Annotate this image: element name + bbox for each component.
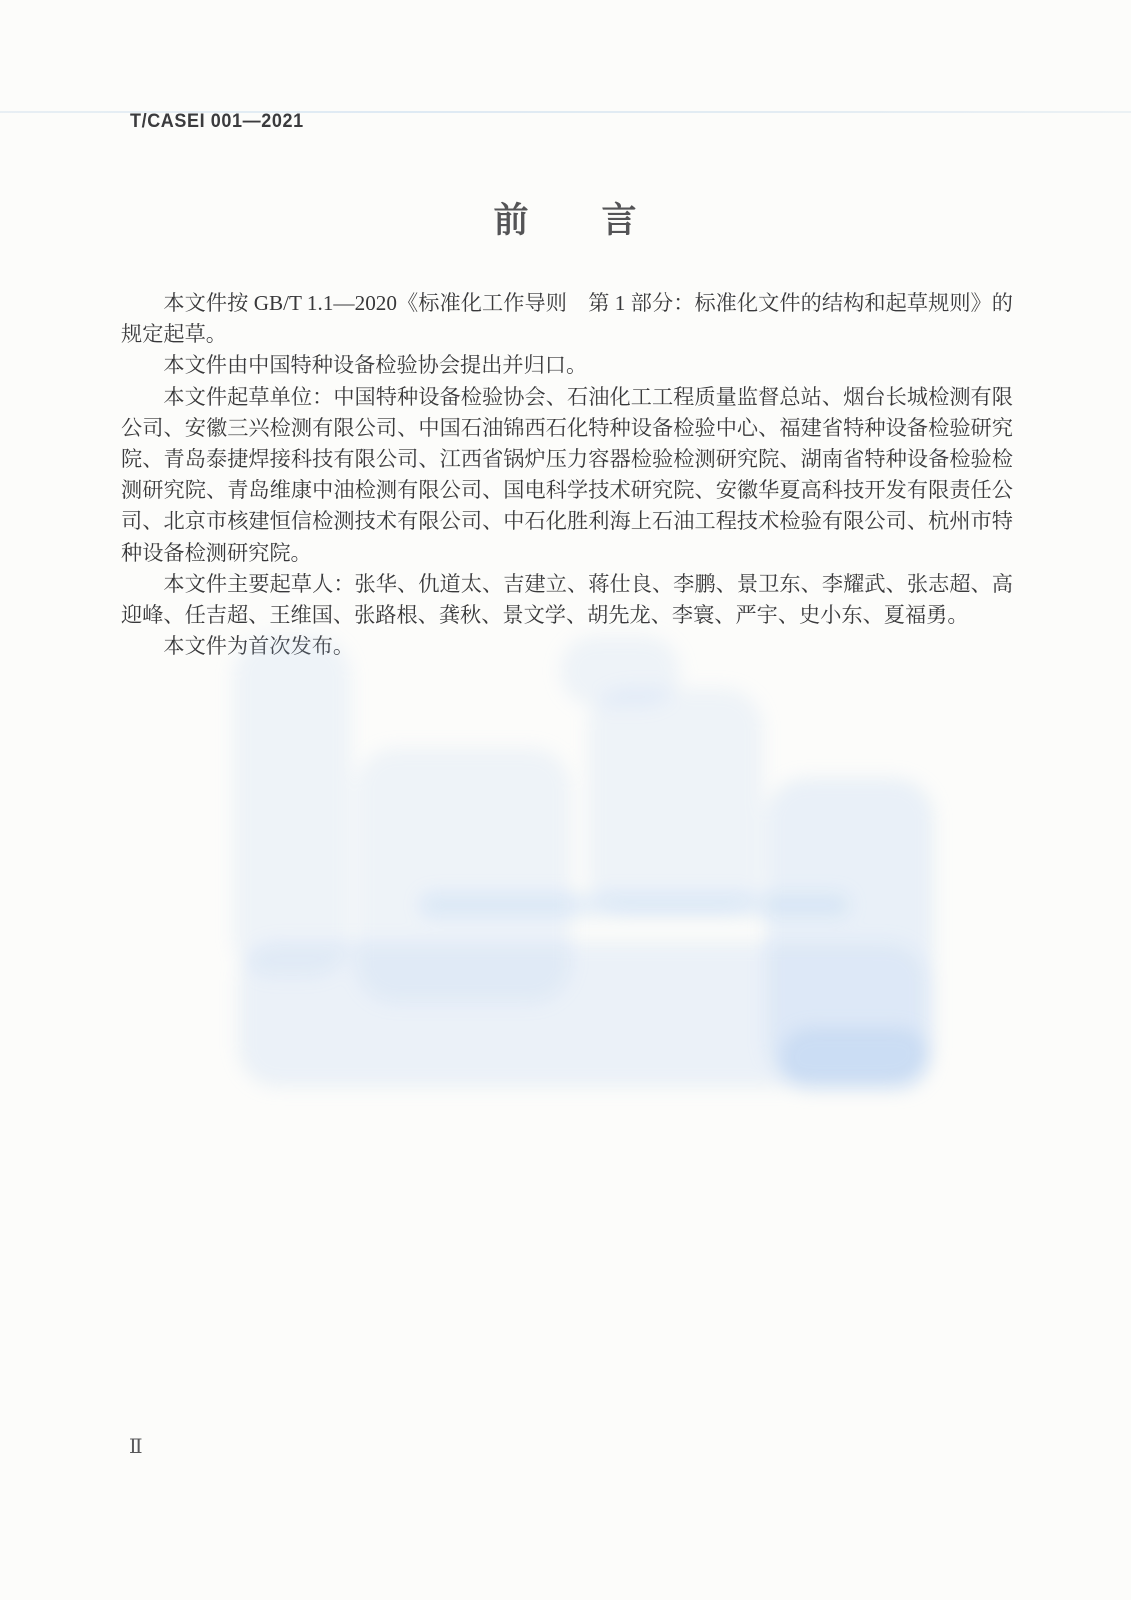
bleed-blob	[238, 942, 928, 1087]
bleed-blob	[420, 893, 850, 917]
paragraph-drafting-organizations: 本文件起草单位：中国特种设备检验协会、石油化工工程质量监督总站、烟台长城检测有限…	[121, 382, 1013, 569]
page-number: Ⅱ	[129, 1436, 143, 1458]
bleed-blob	[766, 778, 934, 1083]
bleed-blob	[233, 636, 351, 976]
paragraph-issuing-body: 本文件由中国特种设备检验协会提出并归口。	[121, 350, 1013, 381]
foreword-body: 本文件按 GB/T 1.1—2020《标准化工作导则 第 1 部分：标准化文件的…	[121, 288, 1013, 662]
paragraph-first-issue: 本文件为首次发布。	[121, 631, 1013, 662]
bleed-blob	[588, 688, 763, 913]
paragraph-standard-basis: 本文件按 GB/T 1.1—2020《标准化工作导则 第 1 部分：标准化文件的…	[121, 288, 1013, 350]
bleed-blob	[356, 748, 571, 1003]
document-page: T/CASEI 001—2021 前 言 本文件按 GB/T 1.1—2020《…	[0, 0, 1131, 1600]
bleed-blob	[780, 1028, 930, 1090]
page-footer: Ⅱ	[129, 1434, 143, 1459]
page-title: 前 言	[0, 193, 1131, 243]
doc-code-label: T/CASEI 001—2021	[130, 110, 304, 131]
document-header: T/CASEI 001—2021	[130, 110, 304, 132]
paragraph-main-drafters: 本文件主要起草人：张华、仇道太、吉建立、蒋仕良、李鹏、景卫东、李耀武、张志超、高…	[121, 569, 1013, 631]
